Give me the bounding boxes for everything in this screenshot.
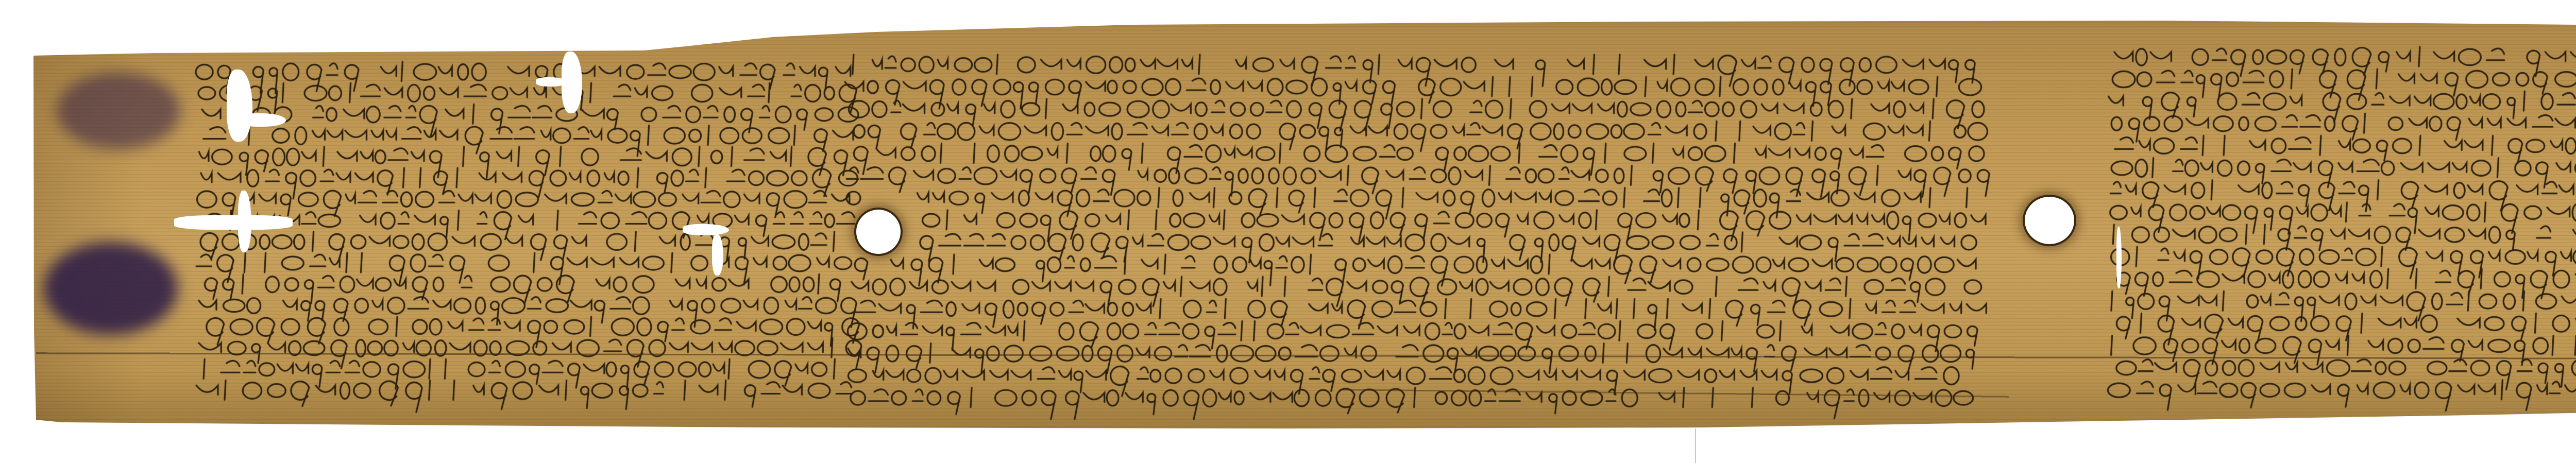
damage-patch: [227, 70, 252, 142]
manuscript-script-text: [0, 0, 2576, 463]
damage-patch: [536, 77, 567, 87]
damage-patch: [240, 113, 286, 127]
damage-patch: [683, 224, 729, 235]
right-binding-hole: [2025, 197, 2074, 244]
damage-patch: [2116, 227, 2122, 288]
damage-patch: [174, 215, 293, 230]
scanner-artifact-line: [1695, 428, 1696, 463]
damage-patch: [448, 21, 665, 46]
scan-background: 6 0 4 605: [0, 0, 2576, 463]
damage-patch: [238, 191, 251, 252]
damage-patch: [712, 234, 723, 276]
left-binding-hole: [856, 210, 901, 254]
palm-leaf: 6 0 4: [0, 0, 2576, 463]
